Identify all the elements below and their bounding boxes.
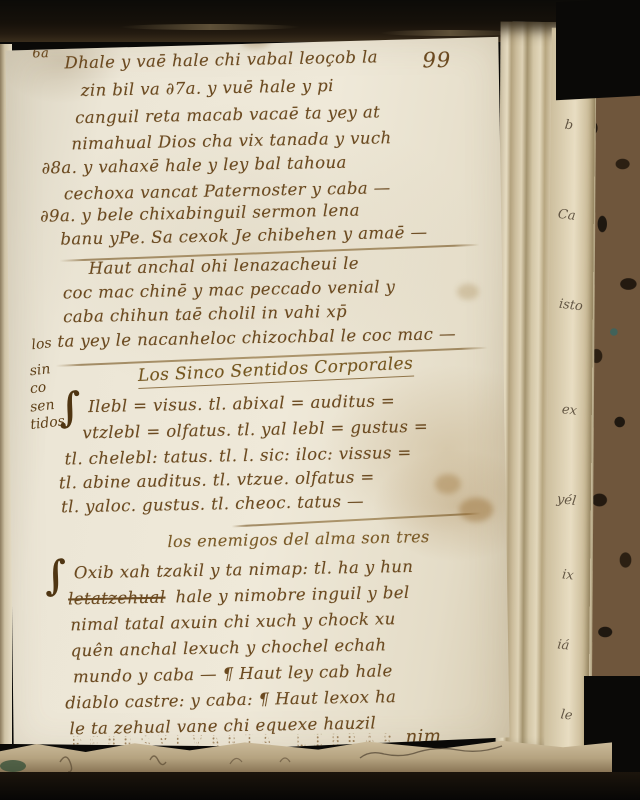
manuscript-line: banu yPe. Sa cexok Je chibehen y amaē — bbox=[60, 223, 427, 249]
line-rest: hale y nimobre inguil y bel bbox=[175, 583, 409, 606]
manuscript-line: ∂9a. y bele chixabinguil sermon lena bbox=[40, 201, 360, 226]
folded-page-corner: b Ca isto ex yél ix iá le bbox=[544, 28, 596, 756]
margin-note-word: sin bbox=[29, 361, 51, 379]
manuscript-page: 6a 99 Dhale y vaē hale chi vabal leoçob … bbox=[2, 35, 509, 752]
paragraph-initial-mark: ∫ bbox=[56, 383, 83, 432]
margin-note-word: co bbox=[29, 379, 47, 397]
margin-numeral: 6a bbox=[32, 46, 49, 61]
manuscript-line: ta yey le nacanheloc chizochbal le coc m… bbox=[57, 324, 456, 351]
manuscript-line: letatzehualhale y nimobre inguil y bel bbox=[68, 583, 410, 609]
heading-enemies: los enemigos del alma son tres bbox=[167, 527, 429, 551]
manuscript-line: cechoxa vancat Paternoster y caba — bbox=[64, 178, 391, 203]
margin-note-word: sen bbox=[29, 397, 55, 416]
margin-note-word: los bbox=[31, 335, 53, 353]
struck-word: letatzehual bbox=[68, 588, 166, 609]
paragraph-initial-mark: ∫ bbox=[42, 551, 69, 600]
manuscript-line: tl. yaloc. gustus. tl. cheoc. tatus — bbox=[61, 492, 364, 517]
manuscript-line: canguil reta macab vacaē ta yey at bbox=[75, 102, 380, 127]
manuscript-line: caba chihun taē cholil in vahi xp̄ bbox=[63, 302, 347, 326]
edge-fragment: iá bbox=[557, 637, 571, 653]
manuscript-line: Haut anchal ohi lenazacheui le bbox=[88, 254, 359, 278]
manuscript-line: zin bil va ∂7a. y vuē hale y pi bbox=[81, 76, 334, 100]
edge-fragment: ex bbox=[561, 402, 578, 419]
manuscript-line: tl. abine auditus. tl. vtzue. olfatus = bbox=[59, 467, 375, 492]
manuscript-line: nimal tatal axuin chi xuch y chock xu bbox=[70, 609, 396, 634]
background-bottom bbox=[0, 772, 640, 800]
page-stain bbox=[435, 474, 461, 494]
manuscript-line: vtzlebl = olfatus. tl. yal lebl = gustus… bbox=[82, 417, 428, 443]
ink-rule bbox=[231, 512, 481, 527]
edge-fragment: Ca bbox=[557, 207, 576, 224]
manuscript-line: Ilebl = visus. tl. abixal = auditus = bbox=[88, 391, 395, 416]
cover-green-speck bbox=[0, 760, 26, 772]
edge-fragment: b bbox=[564, 118, 574, 134]
page-stain bbox=[459, 498, 493, 522]
manuscript-line: quên anchal lexuch y chochel echah bbox=[71, 635, 387, 660]
page-stain bbox=[457, 284, 479, 300]
manuscript-line: ∂8a. y vahaxē hale y ley bal tahoua bbox=[41, 153, 347, 178]
edge-fragment: yél bbox=[556, 492, 577, 509]
edge-fragment: ix bbox=[561, 567, 574, 583]
manuscript-line: Oxib xah tzakil y ta nimap: tl. ha y hun bbox=[74, 557, 414, 583]
manuscript-line: coc mac chinē y mac peccado venial y bbox=[63, 277, 396, 302]
binding-highlight bbox=[380, 30, 520, 36]
folio-number: 99 bbox=[422, 48, 451, 73]
background-top-right bbox=[556, 0, 640, 100]
manuscript-line: diablo castre: y caba: ¶ Haut lexox ha bbox=[65, 687, 396, 712]
edge-fragment: isto bbox=[558, 297, 583, 315]
binding-highlight bbox=[120, 24, 300, 30]
manuscript-line: tl. chelebl: tatus. tl. l. sic: iloc: vi… bbox=[64, 443, 411, 469]
manuscript-line: Dhale y vaē hale chi vabal leoçob la bbox=[64, 47, 378, 72]
edge-fragment: le bbox=[560, 707, 574, 723]
manuscript-line: mundo y caba — ¶ Haut ley cab hale bbox=[73, 661, 393, 686]
manuscript-line: nimahual Dios cha vix tanada y vuch bbox=[71, 128, 392, 153]
